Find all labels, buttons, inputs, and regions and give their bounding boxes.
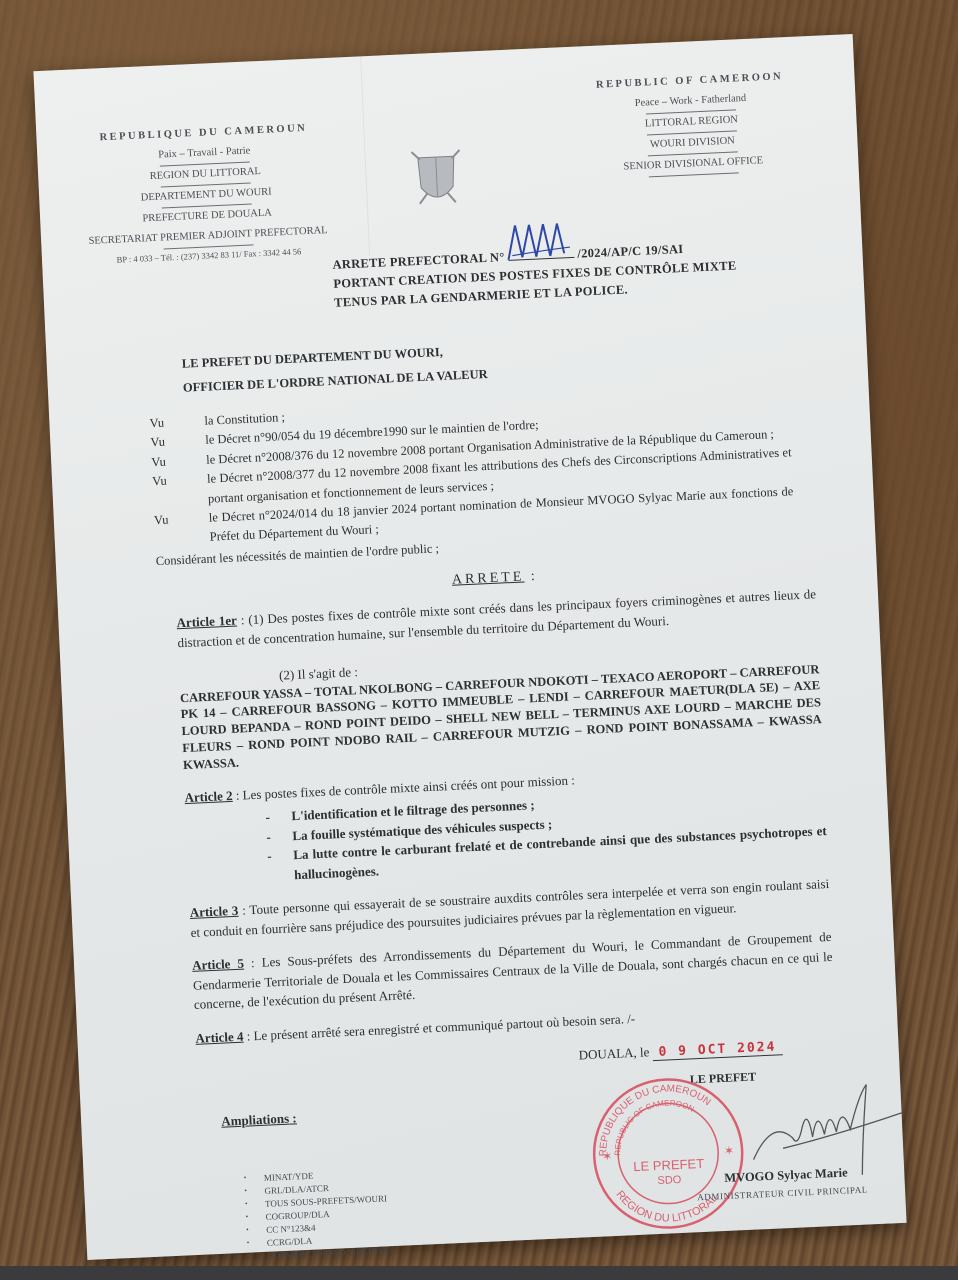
decree-document: REPUBLIQUE DU CAMEROUN Paix – Travail - …	[33, 34, 906, 1260]
official-stamp-icon: REPUBLIQUE DU CAMEROUN REPUBLIC OF CAMER…	[585, 1070, 752, 1237]
date-stamp: 0 9 OCT 2024	[652, 1039, 783, 1061]
decree-number-suffix: /2024/AP/C 19/SAI	[577, 242, 684, 261]
stamp-center: LE PREFET	[633, 1156, 704, 1174]
stamp-center2: SDO	[657, 1174, 682, 1187]
article-text: : Le présent arrêté sera enregistré et c…	[246, 1011, 635, 1044]
vu-list: Vula Constitution ; Vule Décret n°90/054…	[149, 385, 795, 571]
svg-text:✶: ✶	[724, 1144, 735, 1158]
article-text: : Les Sous-préfets des Arrondissements d…	[193, 929, 833, 1012]
ampliations-heading: Ampliations :	[221, 1110, 297, 1129]
articles: Article 1er : (1) Des postes fixes de co…	[176, 584, 835, 1048]
vu-label: Vu	[151, 451, 207, 473]
ampliations-list: MINAT/YDE GRL/DLA/ATCR TOUS SOUS-PREFETS…	[244, 1166, 395, 1264]
article-label: Article 1er	[176, 613, 237, 631]
header-left: REPUBLIQUE DU CAMEROUN Paix – Travail - …	[58, 117, 354, 270]
paper-fold	[360, 56, 370, 256]
ampliations-label: Ampliations	[221, 1111, 290, 1129]
place-label: DOUALA, le	[578, 1044, 649, 1062]
svg-text:REPUBLIQUE DU CAMEROUN: REPUBLIQUE DU CAMEROUN	[595, 1081, 715, 1157]
article-label: Article 2	[184, 788, 233, 805]
prefet-heading: LE PREFET DU DEPARTEMENT DU WOURI, OFFIC…	[181, 339, 488, 400]
article-label: Article 4	[195, 1029, 244, 1046]
decree-title: ARRETE PREFECTORAL N° /2024/AP/C 19/SAI …	[332, 234, 814, 312]
article-text: : Toute personne qui essayerait de se so…	[190, 876, 829, 939]
coat-of-arms-icon	[405, 144, 468, 217]
article-label: Article 5	[192, 956, 244, 973]
vu-label: Vu	[152, 470, 209, 511]
vu-label: Vu	[150, 431, 206, 453]
article-text: : (1) Des postes fixes de contrôle mixte…	[177, 586, 816, 649]
bottom-bar	[0, 1266, 958, 1280]
stamp-text-bottom: REGION DU LITTORAL	[613, 1184, 721, 1227]
stamp-text-top: REPUBLIQUE DU CAMEROUN	[595, 1081, 715, 1157]
vu-label: Vu	[154, 509, 211, 550]
svg-text:✶: ✶	[602, 1149, 613, 1163]
article-1: Article 1er : (1) Des postes fixes de co…	[176, 584, 817, 652]
svg-text:REGION DU LITTORAL: REGION DU LITTORAL	[613, 1184, 721, 1227]
vu-label: Vu	[149, 412, 205, 434]
article-label: Article 3	[189, 903, 238, 920]
arrete-heading: ARRETE :	[452, 569, 538, 589]
date-line: DOUALA, le 0 9 OCT 2024	[578, 1038, 782, 1063]
article-5: Article 5 : Les Sous-préfets des Arrondi…	[192, 927, 834, 1014]
header-right: REPUBLIC OF CAMEROON Peace – Work - Fath…	[574, 66, 808, 180]
arrete-word: ARRETE	[452, 569, 525, 587]
